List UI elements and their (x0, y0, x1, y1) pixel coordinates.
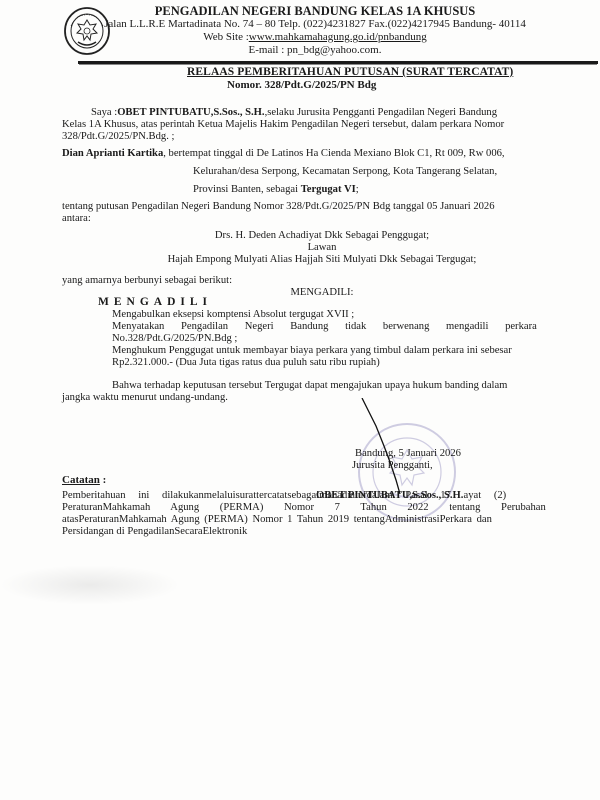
verdict-item-3-line-2: Rp2.321.000.- (Dua Juta tigas ratus dua … (112, 357, 572, 369)
verdict-spaced-heading: MENGADILI (98, 296, 212, 308)
verdict-item-1: Mengabulkan eksepsi komptensi Absolut te… (112, 309, 572, 321)
document-number: Nomor. 328/Pdt.G/2025/PN Bdg (227, 79, 376, 91)
versus-label: Lawan (62, 242, 582, 254)
plaintiff-party: Drs. H. Deden Achadiyat Dkk Sebagai Peng… (62, 230, 582, 242)
appeal-note-line-1: Bahwa terhadap keputusan tersebut Tergug… (62, 380, 592, 392)
verdict-intro: yang amarnya berbunyi sebagai berikut: (62, 275, 232, 287)
court-name: PENGADILAN NEGERI BANDUNG KELAS 1A KHUSU… (100, 5, 530, 18)
defendant-party: Hajah Empong Mulyati Alias Hajjah Siti M… (62, 254, 582, 266)
verdict-item-2-line-2: No.328/Pdt.G/2025/PN.Bdg ; (112, 333, 572, 345)
bailiff-name: OBET PINTUBATU,S.Sos., S.H. (117, 107, 264, 118)
note-line-2: PeraturanMahkamah Agung (PERMA) Nomor 7 … (62, 502, 572, 514)
court-address: Jalan L.L.R.E Martadinata No. 74 – 80 Te… (100, 18, 530, 31)
court-email: E-mail : pn_bdg@yahoo.com. (100, 44, 530, 57)
verdict-item-3-line-1: Menghukum Penggugat untuk membayar biaya… (112, 345, 572, 357)
header-divider (78, 61, 598, 64)
note-line-1: Pemberitahuan ini dilakukanmelaluisuratt… (62, 490, 572, 502)
recipient-line-3: Provinsi Banten, sebagai Tergugat VI; (193, 184, 359, 196)
document-title: RELAAS PEMBERITAHUAN PUTUSAN (SURAT TERC… (187, 66, 513, 78)
note-label: Catatan : (62, 474, 106, 486)
court-website: Web Site :www.mahkamahagung.go.id/pnband… (100, 31, 530, 44)
regarding-line-1: tentang putusan Pengadilan Negeri Bandun… (62, 201, 495, 213)
regarding-line-2: antara: (62, 213, 91, 225)
recipient-line-1: Dian Aprianti Kartika, bertempat tinggal… (62, 148, 582, 160)
opening-line-1: Saya :OBET PINTUBATU,S.Sos., S.H.,selaku… (62, 107, 582, 119)
recipient-name: Dian Aprianti Kartika (62, 148, 163, 159)
letterhead: PENGADILAN NEGERI BANDUNG KELAS 1A KHUSU… (100, 5, 530, 57)
opening-line-2: Kelas 1A Khusus, atas perintah Ketua Maj… (62, 119, 582, 131)
appeal-note-line-2: jangka waktu menurut undang-undang. (62, 392, 228, 404)
document-page: PENGADILAN NEGERI BANDUNG KELAS 1A KHUSU… (0, 0, 600, 800)
opening-line-3: 328/Pdt.G/2025/PN.Bdg. ; (62, 131, 174, 143)
website-label: Web Site : (203, 31, 249, 43)
verdict-item-2-line-1: Menyatakan Pengadilan Negeri Bandung tid… (112, 321, 572, 333)
recipient-line-2: Kelurahan/desa Serpong, Kecamatan Serpon… (193, 166, 497, 178)
note-line-4: Persidangan di PengadilanSecaraElektroni… (62, 526, 247, 538)
scan-shadow (0, 565, 180, 605)
recipient-role: Tergugat VI (301, 184, 356, 195)
website-link[interactable]: www.mahkamahagung.go.id/pnbandung (249, 31, 427, 43)
note-line-3: atasPeraturanMahkamah Agung (PERMA) Nomo… (62, 514, 572, 526)
handwritten-signature-icon (360, 398, 405, 496)
